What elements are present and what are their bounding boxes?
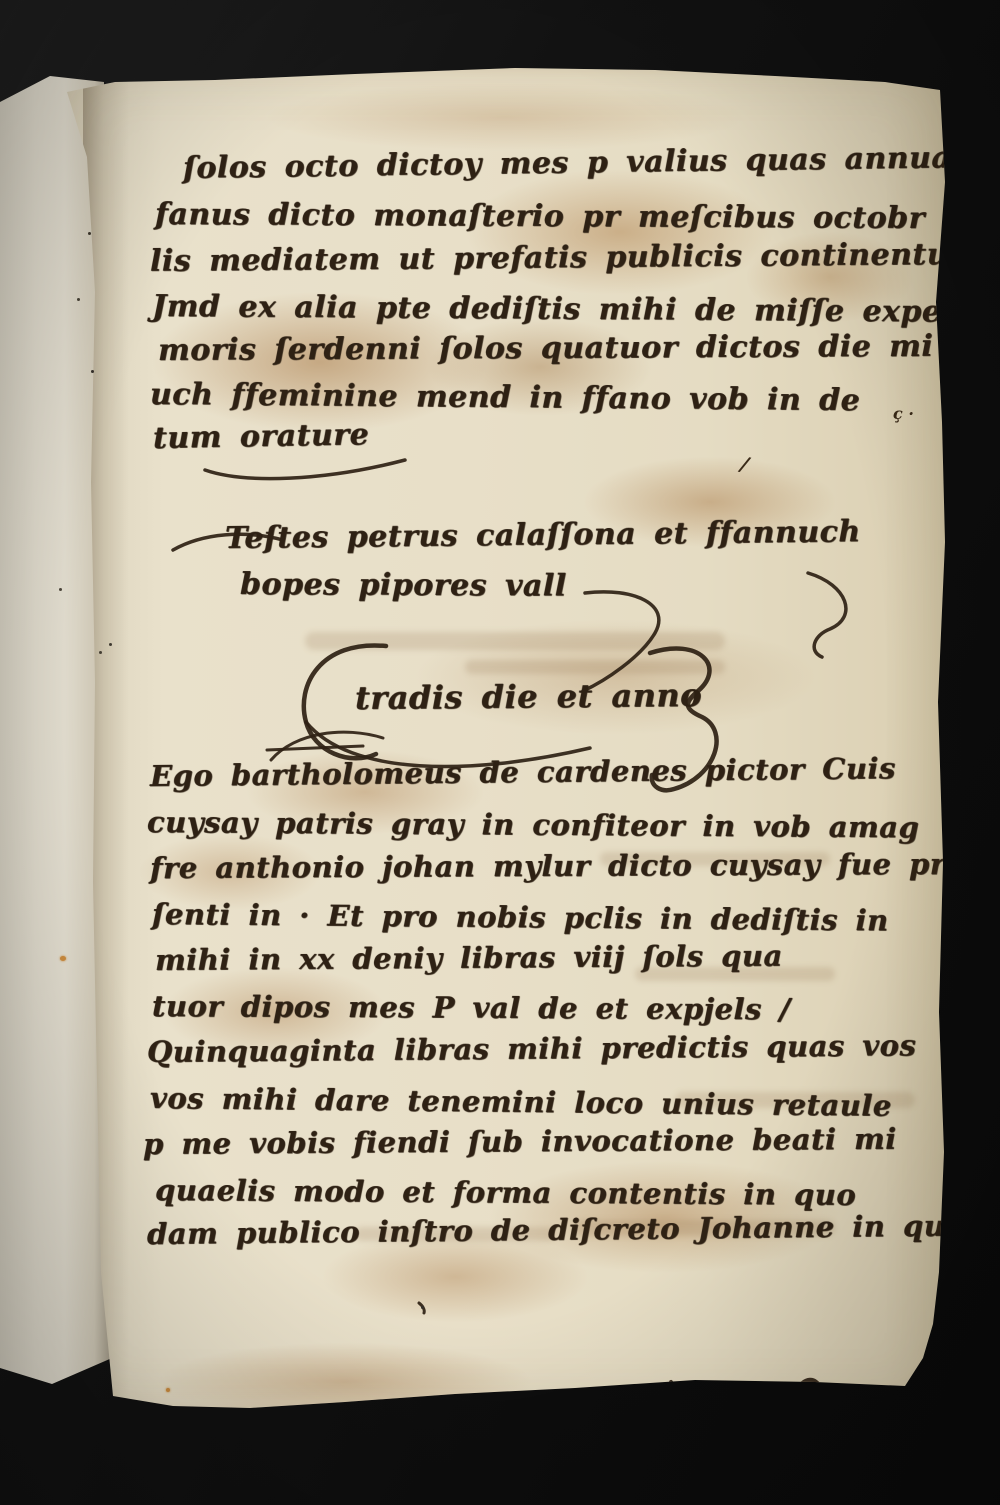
foxing-speck (60, 956, 66, 961)
manuscript-photograph: ſolos octo dictoy mes p valius quas annu… (0, 0, 1000, 1505)
manuscript-page: ſolos octo dictoy mes p valius quas annu… (55, 62, 955, 1417)
page-edge-shading (55, 62, 955, 1417)
dust-specks (88, 232, 91, 235)
foxing-speck (166, 1388, 170, 1392)
